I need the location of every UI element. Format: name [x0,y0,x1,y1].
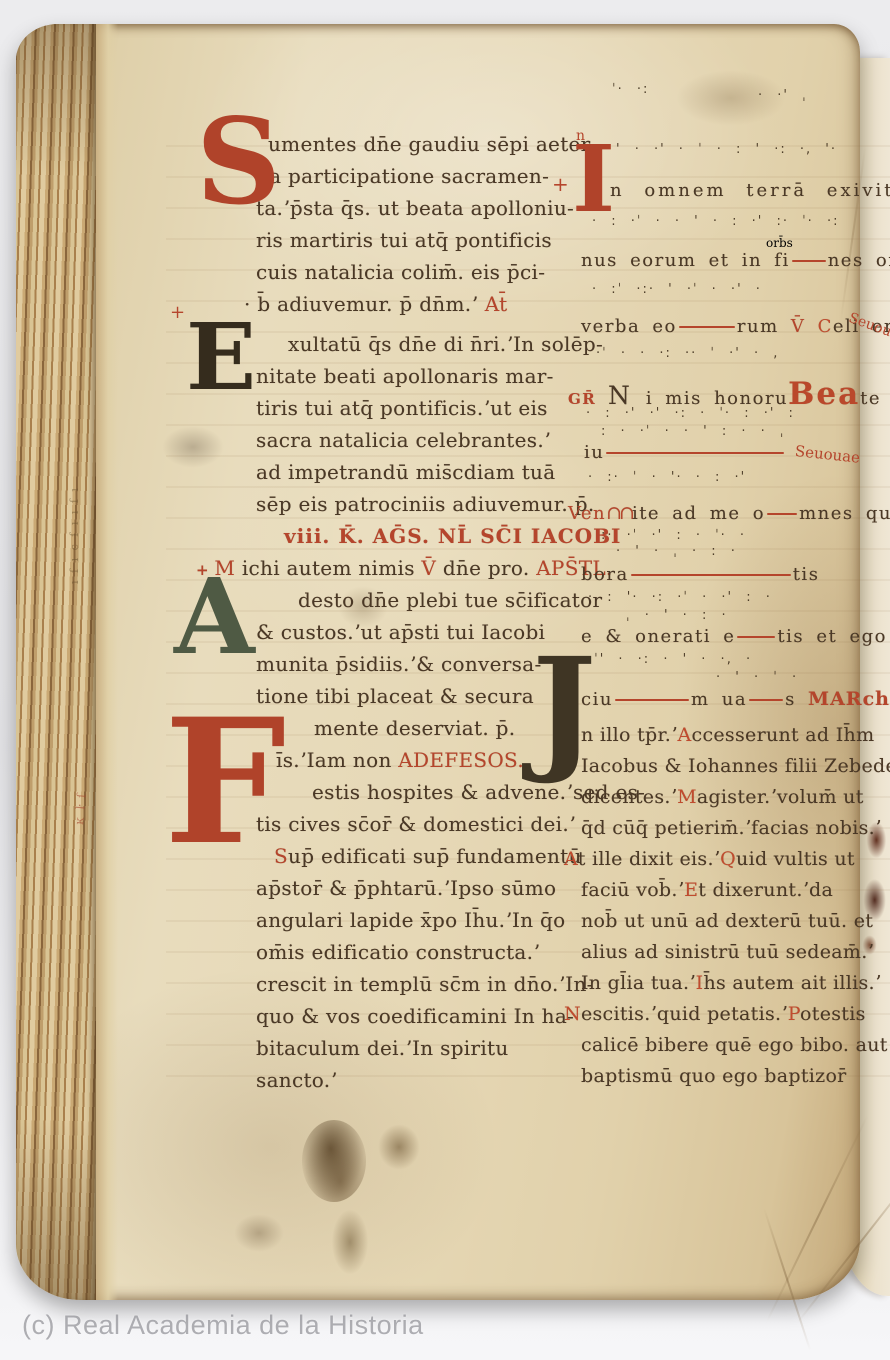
text-segment: tis [793,564,820,585]
red-n-superscript: n [576,128,585,144]
text-line: Sup̄ edificati sup̄ fundamentū [274,844,582,868]
text-segment: om̄is edificatio constructa.ʼ [256,940,540,964]
text-segment: ite ad me o [632,503,765,524]
text-segment: up̄ edificati sup̄ fundamentū [288,844,582,868]
neume-row: ·ˈ · · ·: ·· ˈ ·' · , [596,346,779,361]
chant-line: Nescitis.ʼquid petatis.ʼPotestis [564,1003,866,1025]
text-segment: e & onerati e [581,626,735,647]
chant-line: e & onerati etis et ego refi [581,626,890,647]
text-segment: agister.ʼvolum̄ ut [697,786,864,808]
text-segment: tis cives sc̄or̄ & domestici dei.ʼ [256,812,576,836]
text-segment: iu [584,442,604,463]
text-segment: na participatione sacramen- [256,164,549,188]
text-segment: h̄s autem ait illis.ʼ [703,972,881,994]
text-segment: tiris tui atq̄ pontificis.ʼut eis [256,396,548,420]
neume-row: · : ·' ·' ·: · ˈ· : ·' : [586,406,795,421]
text-segment: In gl̄ia tua.ʼ [581,972,696,994]
neume-row: ·ˈ' · ·: · ' · ·, · [588,652,752,667]
text-line: & custos.ʼut ap̄sti tui Iacobi [256,620,545,644]
text-line: ris martiris tui atq̄ pontificis [256,228,552,252]
text-segment: rum [737,316,791,337]
text-segment: xultatū q̄s dn̄e di n̄ri.ʼIn solēp- [288,332,603,356]
text-segment: Iacobus & Iohannes filii Zebedei.ʼ [581,755,890,777]
red-cross-margin: + [170,302,185,323]
text-line: cuis natalicia colim̄. eis p̄ci- [256,260,545,284]
neume-row: · :· ˈ · '· · : ·' [588,470,746,485]
text-segment: nitate beati apollonaris mar- [256,364,554,388]
text-line: viii. K̄. AḠS. NL̄ SC̄I IACOBI [284,524,621,548]
text-segment: m ua [691,689,747,710]
text-segment: ap̄stor̄ & p̄phtarū.ʼIpso sūmo [256,876,556,900]
neume-row: ' · ·' · ˈ · : ' ·: ·, '· [616,142,837,157]
neume-row: ˌ · ' · : · [626,608,728,623]
text-line: crescit in templū sc̄m in dn̄o.ʼIn- [256,972,594,996]
text-segment: C [818,316,833,337]
neume-row: :· ·ˈ ·' : · ˈ· · [601,528,746,543]
text-line: umentes dn̄e gaudiu sēpi aeter- [268,132,598,156]
red-cross-gutter: + [552,172,569,196]
text-segment: nes or [828,250,890,271]
text-segment: angulari lapide x̄po Ih̄u.ʼIn q̄o [256,908,565,932]
text-segment: ADEFESOS. [398,748,524,772]
stain [302,1120,366,1202]
chant-line: baptismū quo ego baptizor̄ [581,1065,847,1087]
neume-row: ˈ· ·: [612,82,649,97]
chant-line: n illo tp̄r.ʼAccesserunt ad Ih̄m [581,724,874,746]
red-filler-line [679,326,735,329]
text-segment: ccesserunt ad Ih̄m [692,724,875,746]
text-line: quo & vos coedificamini In ha- [256,1004,574,1028]
text-segment: ad impetrandū mis̄cdiam tuā [256,460,555,484]
text-segment: ∩∩ [606,502,632,524]
text-line: munita p̄sidiis.ʼ& conversa- [256,652,542,676]
text-segment: calicē bibere quē ego bibo. aut [581,1034,888,1056]
text-segment: cuis natalicia colim̄. eis p̄ci- [256,260,545,284]
copyright-watermark: (c) Real Academia de la Historia [22,1310,424,1341]
text-line: tiris tui atq̄ pontificis.ʼut eis [256,396,548,420]
text-segment: · b̄ adiuvemur. p̄ dn̄m.ʼ [244,292,485,316]
chant-line: n omnem terrā exivit so [610,180,890,201]
text-segment: faciū vob̄.ʼ [581,879,684,901]
text-segment: P [788,1003,800,1025]
text-line: nitate beati apollonaris mar- [256,364,554,388]
text-segment: desto dn̄e plebi tue sc̄ificator [298,588,602,612]
text-segment: t ille dixit eis.ʼ [578,848,720,870]
text-segment: crescit in templū sc̄m in dn̄o.ʼIn- [256,972,594,996]
red-filler-line [792,260,826,263]
text-segment: A [677,724,691,746]
text-segment: nus eorum et in fi [581,250,790,271]
chant-line: In gl̄ia tua.ʼIh̄s autem ait illis.ʼ [581,972,881,994]
crease [763,1207,811,1350]
text-segment: baptismū quo ego baptizor̄ [581,1065,847,1087]
crease [766,1115,869,1323]
superscript-orbis: orb̄s [766,236,793,250]
text-line: xultatū q̄s dn̄e di n̄ri.ʼIn solēp- [288,332,603,356]
text-line: om̄is edificatio constructa.ʼ [256,940,540,964]
neume-row: · : '· ·: ·ˈ · ·' : · [588,590,772,605]
marginal-annotation-2: ĸ ŀ ſ [72,791,89,825]
text-segment: sacra natalicia celebrantes.ʼ [256,428,551,452]
text-segment: escitis.ʼquid petatis.ʼ [581,1003,788,1025]
chant-line: dicentes.ʼMagister.ʼvolum̄ ut [581,786,864,808]
text-segment: ı̄s.ʼIam non [276,748,398,772]
initial-F-fratres: F [164,720,286,844]
red-filler-line [615,699,689,702]
red-filler-line [606,452,784,455]
text-line: mente deserviat. p̄. [314,716,515,740]
text-segment: te lu [860,388,890,409]
chant-line: cium uas MARchū [581,688,890,710]
initial-E-exultatum: E [186,324,256,390]
chant-line: Iacobus & Iohannes filii Zebedei.ʼ [581,755,890,777]
text-segment: mente deserviat. p̄. [314,716,515,740]
text-line: tis cives sc̄or̄ & domestici dei.ʼ [256,812,576,836]
text-line: bitaculum dei.ʼIn spiritu [256,1036,509,1060]
initial-A-adesto: A [174,580,255,655]
text-segment: & custos.ʼut ap̄sti tui Iacobi [256,620,545,644]
text-segment: uid vultis ut [736,848,855,870]
chant-line: At ille dixit eis.ʼQuid vultis ut [564,848,855,870]
page-edge-stack [16,24,96,1300]
text-segment: dn̄e pro. [436,556,536,580]
chant-line: boratis [581,564,819,585]
text-segment: munita p̄sidiis.ʼ& conversa- [256,652,542,676]
text-segment: E [684,879,698,901]
text-line: na participatione sacramen- [256,164,549,188]
chant-line: verba eorum V̄ Celi enarrāt [581,316,890,337]
text-line: sancto.ʼ [256,1068,337,1092]
red-filler-line [631,574,791,577]
initial-S-sumentes: S [196,120,281,205]
marginal-annotation-1: ı ſ ı c ſ ı ı ſ ı [68,486,81,584]
text-line: · b̄ adiuvemur. p̄ dn̄m.ʼ At̄ [244,292,507,316]
chant-line: alius ad sinistrū tuū sedeam̄.ʼ [581,941,874,963]
text-segment: bitaculum dei.ʼIn spiritu [256,1036,509,1060]
text-segment: umentes dn̄e gaudiu sēpi aeter- [268,132,598,156]
text-segment: otestis [800,1003,866,1025]
text-segment: At̄ [485,292,508,316]
chant-line: iu [584,442,786,463]
text-line: desto dn̄e plebi tue sc̄ificator [298,588,602,612]
neume-row: · ' · ˌ · : · [616,544,737,559]
stain [234,1214,284,1252]
text-segment: s [785,689,808,710]
text-segment: tione tibi placeat & secura [256,684,534,708]
text-line: angulari lapide x̄po Ih̄u.ʼIn q̄o [256,908,565,932]
neume-row: · ' · ˈ · [716,670,798,685]
chant-line: nus eorum et in fines orbe [581,250,890,271]
text-segment: Ven [568,503,606,524]
text-segment: nob̄ ut unū ad dexterū tuū. et [581,910,873,932]
text-segment: t dixerunt.ʼda [698,879,833,901]
text-segment: A [564,848,578,870]
stain [162,426,224,468]
chant-line: nob̄ ut unū ad dexterū tuū. et [581,910,873,932]
text-segment: Q [720,848,736,870]
chant-line: Ven∩∩ite ad me omnes qui la [568,502,890,524]
text-segment: sēp eis patrociniis adiuvemur. p̄. [256,492,595,516]
text-segment: quo & vos coedificamini In ha- [256,1004,574,1028]
neume-row: · ·' ˌ [758,88,808,103]
red-filler-line [737,636,775,639]
manuscript-page: umentes dn̄e gaudiu sēpi aeter-na partic… [16,24,860,1300]
text-line: + M ichi autem nimis V̄ dn̄e pro. APS̄TL… [196,556,613,580]
text-segment: bora [581,564,629,585]
text-line: ta.ʼp̄sta q̄s. ut beata apolloniu- [256,196,574,220]
neume-row: · : ·ˈ · · ' · : ·' :· ˈ· ·: [592,214,839,229]
text-segment: viii. K̄. AḠS. NL̄ SC̄I IACOBI [284,524,621,548]
text-segment: ichi autem nimis [235,556,421,580]
text-segment: ta.ʼp̄sta q̄s. ut beata apolloniu- [256,196,574,220]
text-segment: M [677,786,697,808]
text-line: sacra natalicia celebrantes.ʼ [256,428,551,452]
stain [332,1210,368,1274]
text-segment: q̄d cūq̄ petierim̄.ʼfacias nobis.ʼ [581,817,881,839]
text-line: tione tibi placeat & secura [256,684,534,708]
text-line: ap̄stor̄ & p̄phtarū.ʼIpso sūmo [256,876,556,900]
text-segment: MARchū [808,688,890,710]
text-segment: ris martiris tui atq̄ pontificis [256,228,552,252]
initial-J-iam: J [532,660,596,758]
red-filler-line [749,699,783,702]
text-line: ad impetrandū mis̄cdiam tuā [256,460,555,484]
text-segment: dicentes.ʼ [581,786,677,808]
page-edge-lip [96,24,118,1300]
text-segment: n omnem terrā exivit so [610,180,890,201]
text-segment: tis et ego refi [777,626,890,647]
chant-line: q̄d cūq̄ petierim̄.ʼfacias nobis.ʼ [581,817,881,839]
text-segment: V̄ [421,556,436,580]
text-segment: V̄ [791,316,818,337]
initial-I-in-omnem: I [572,146,615,212]
text-segment: N [564,1003,581,1025]
chant-line: faciū vob̄.ʼEt dixerunt.ʼda [581,879,833,901]
text-segment: verba eo [581,316,677,337]
text-line: ı̄s.ʼIam non ADEFESOS. [276,748,524,772]
stain [378,1124,420,1170]
red-filler-line [767,513,797,516]
chant-line: calicē bibere quē ego bibo. aut [581,1034,888,1056]
text-segment: sancto.ʼ [256,1068,337,1092]
neume-row: · :ˈ ·:· ' ·ˈ · ·' · [592,282,762,297]
text-line: sēp eis patrociniis adiuvemur. p̄. [256,492,595,516]
neume-row: : · ·ˈ · · ' : · · ˌ [601,424,785,439]
text-segment: mnes qui la [799,503,890,524]
text-segment: Bea [788,376,860,412]
photo-background: umentes dn̄e gaudiu sēpi aeter-na partic… [0,0,890,1360]
text-segment: alius ad sinistrū tuū sedeam̄.ʼ [581,941,874,963]
